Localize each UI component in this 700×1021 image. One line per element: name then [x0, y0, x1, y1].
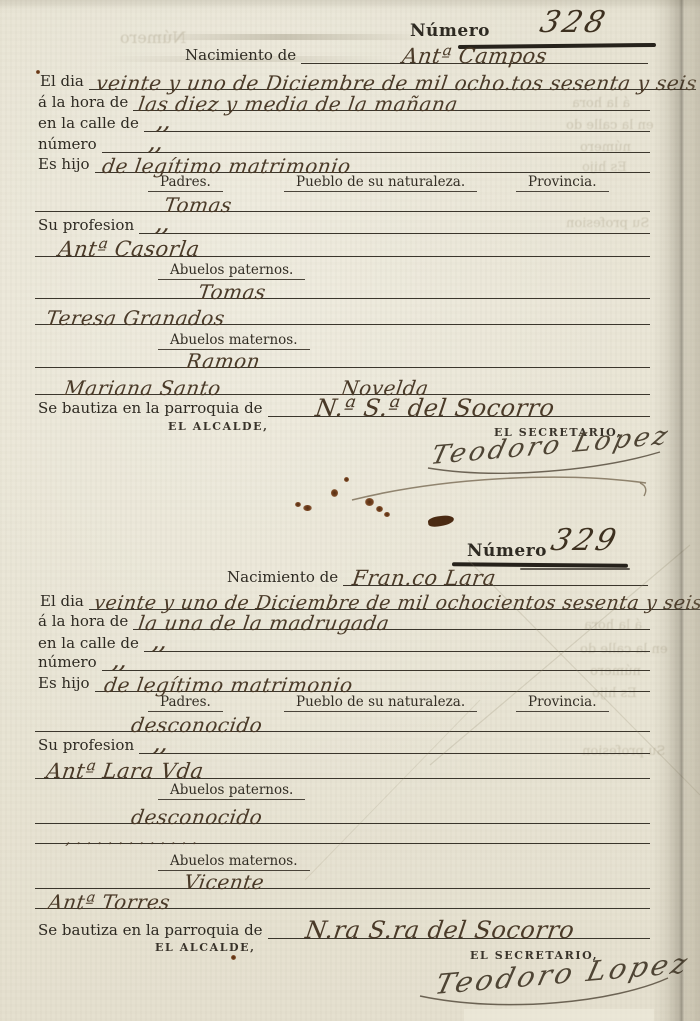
ink-stain: [331, 489, 338, 497]
profession-ditto-handwritten: ,,: [139, 737, 169, 755]
ink-stain: [36, 70, 40, 74]
field-dia: El dia veinte y uno de Diciembre de mil …: [40, 68, 652, 90]
mother-name-handwritten: Antª Casorla: [35, 239, 201, 260]
maternal-grandmother-handwritten: Antª Torres: [35, 892, 172, 912]
numero-casa-label: número: [38, 653, 97, 671]
profesion-label: Su profesion: [38, 216, 134, 234]
field-madre: Antª Lara Vda: [35, 757, 650, 779]
field-nacimiento: Nacimiento de Fran.co Lara: [227, 564, 648, 586]
field-hora: á la hora de las diez y media de la maña…: [38, 89, 650, 111]
ink-stain: [365, 498, 374, 506]
ink-blot: [427, 514, 454, 528]
field-nacimiento: Nacimiento de Antª Campos: [185, 42, 648, 64]
field-abuela-paterna: , . . . . . . . . . . . .: [35, 822, 650, 844]
child-name-handwritten: Fran.co Lara: [343, 568, 497, 589]
field-abuelo-paterno: desconocido: [35, 802, 650, 824]
bleedthrough-smudge: [140, 34, 430, 40]
binding-edge-shadow: [652, 0, 700, 1021]
field-abuela-materna: Mariana Santo Novelda: [35, 373, 650, 395]
es-hijo-label: Es hijo: [38, 674, 90, 692]
field-numero-casa: número ,,: [38, 131, 650, 153]
dia-label: El dia: [40, 72, 84, 90]
field-es-hijo: Es hijo de legítimo matrimonio: [38, 151, 650, 173]
field-bautiza: Se bautiza en la parroquia de N.ª S.ª de…: [38, 395, 650, 417]
numero-value-handwritten: 328: [537, 8, 611, 38]
ink-stain: [344, 477, 349, 482]
mother-name-handwritten: Antª Lara Vda: [35, 761, 205, 782]
paternal-grandfather-handwritten: Tomas: [35, 282, 267, 302]
alcalde-label: EL ALCALDE,: [168, 420, 269, 433]
field-bautiza: Se bautiza en la parroquia de N.ra S.ra …: [38, 917, 650, 939]
field-calle: en la calle de ,,: [38, 110, 650, 132]
calle-label: en la calle de: [38, 114, 139, 132]
numero-label: Número: [467, 541, 547, 561]
ink-stain: [376, 506, 383, 512]
nacimiento-label: Nacimiento de: [227, 568, 338, 586]
ink-stain: [295, 502, 301, 507]
field-abuela-materna: Antª Torres: [35, 887, 650, 909]
es-hijo-label: Es hijo: [38, 155, 90, 173]
field-padre: Tomas: [35, 190, 650, 212]
field-abuelo-materno: Ramon: [35, 346, 650, 368]
bautiza-label: Se bautiza en la parroquia de: [38, 921, 263, 939]
paternal-grandmother-ditto-handwritten: , . . . . . . . . . . . .: [35, 832, 199, 847]
field-dia: El dia veinte y uno de Diciembre de mil …: [40, 588, 652, 610]
field-es-hijo: Es hijo de legítimo matrimonio: [38, 670, 650, 692]
parish-handwritten: N.ra S.ra del Socorro: [268, 918, 576, 942]
page-corner-highlight: [464, 1009, 654, 1021]
field-padre: desconocido: [35, 710, 650, 732]
paternal-grandmother-handwritten: Teresa Granados: [35, 308, 226, 328]
legitimacy-handwritten: de legítimo matrimonio: [95, 675, 354, 695]
field-abuelo-materno: Vicente: [35, 867, 650, 889]
field-abuelo-paterno: Tomas: [35, 277, 650, 299]
field-abuela-paterna: Teresa Granados: [35, 303, 650, 325]
alcalde-label: EL ALCALDE,: [155, 941, 256, 954]
field-numero-casa: número ,,: [38, 649, 650, 671]
ink-stain: [303, 505, 312, 511]
field-hora: á la hora de la una de la madrugada: [38, 608, 650, 630]
ink-stain: [231, 955, 236, 960]
bautiza-label: Se bautiza en la parroquia de: [38, 399, 263, 417]
hora-label: á la hora de: [38, 612, 128, 630]
parish-handwritten: N.ª S.ª del Socorro: [268, 396, 556, 420]
field-madre: Antª Casorla: [35, 235, 650, 257]
field-profesion: Su profesion ,,: [38, 732, 650, 754]
header-abuelos-paternos: Abuelos paternos.: [158, 782, 305, 800]
child-name-handwritten: Antª Campos: [301, 46, 549, 67]
profession-ditto-handwritten: ,,: [139, 217, 171, 235]
maternal-grandfather-handwritten: Ramon: [35, 351, 262, 371]
numero-value-handwritten: 329: [548, 526, 622, 556]
nacimiento-label: Nacimiento de: [185, 46, 296, 64]
hora-label: á la hora de: [38, 93, 128, 111]
ink-stain: [384, 512, 390, 517]
numero-label: Número: [410, 21, 490, 41]
field-profesion: Su profesion ,,: [38, 212, 650, 234]
legitimacy-handwritten: de legítimo matrimonio: [95, 156, 352, 176]
profesion-label: Su profesion: [38, 736, 134, 754]
scanned-register-page: Número á la hora en la calle do número E…: [0, 0, 700, 1021]
